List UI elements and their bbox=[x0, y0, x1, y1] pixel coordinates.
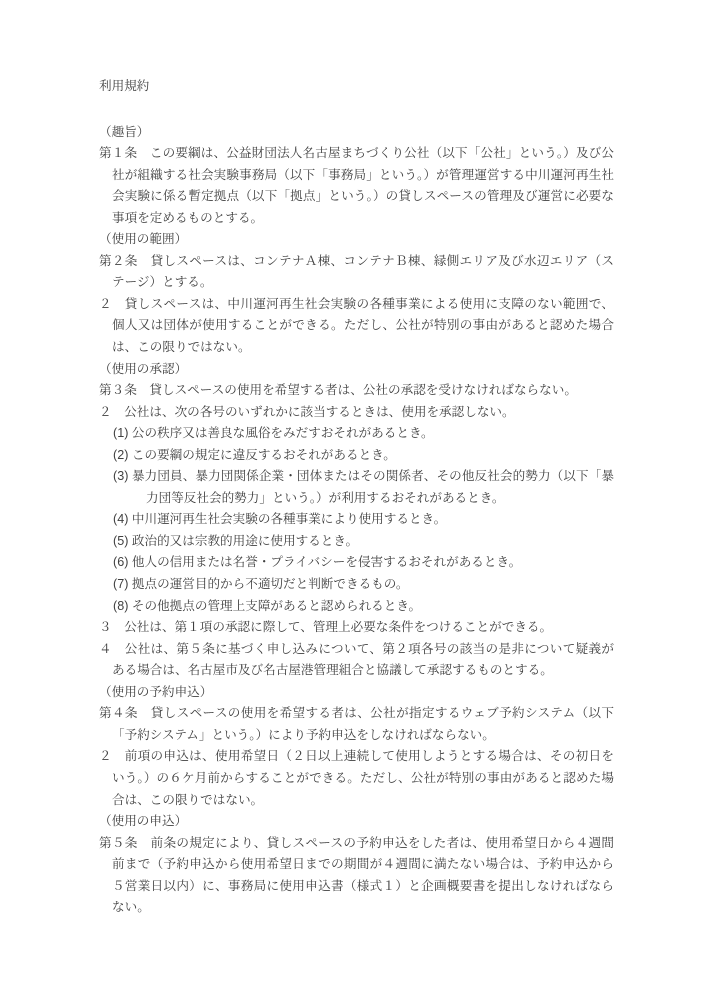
list-item: (7) 拠点の運営目的から不適切だと判断できるもの。 bbox=[99, 574, 614, 596]
section-heading: （使用の申込） bbox=[99, 811, 614, 833]
section-heading: （使用の承認） bbox=[99, 359, 614, 381]
article-paragraph: 第４条 貸しスペースの使用を希望する者は、公社が指定するウェブ予約システム（以下… bbox=[99, 703, 614, 746]
article-paragraph: 第５条 前条の規定により、貸しスペースの予約申込をした者は、使用希望日から４週間… bbox=[99, 833, 614, 919]
document-title: 利用規約 bbox=[99, 76, 614, 98]
document-body: （趣旨）第１条 この要綱は、公益財団法人名古屋まちづくり公社（以下「公社」という… bbox=[99, 122, 614, 919]
list-item: (8) その他拠点の管理上支障があると認められるとき。 bbox=[99, 596, 614, 618]
numbered-paragraph: ３ 公社は、第１項の承認に際して、管理上必要な条件をつけることができる。 bbox=[99, 617, 614, 639]
numbered-paragraph: ２ 貸しスペースは、中川運河再生社会実験の各種事業による使用に支障のない範囲で、… bbox=[99, 294, 614, 359]
numbered-paragraph: ４ 公社は、第５条に基づく申し込みについて、第２項各号の該当の是非について疑義が… bbox=[99, 639, 614, 682]
list-item: (2) この要綱の規定に違反するおそれがあるとき。 bbox=[99, 445, 614, 467]
section-heading: （使用の予約申込） bbox=[99, 682, 614, 704]
article-paragraph: 第３条 貸しスペースの使用を希望する者は、公社の承認を受けなければならない。 bbox=[99, 380, 614, 402]
list-item: (3) 暴力団員、暴力団関係企業・団体またはその関係者、その他反社会的勢力（以下… bbox=[99, 466, 614, 509]
article-paragraph: 第１条 この要綱は、公益財団法人名古屋まちづくり公社（以下「公社」という。）及び… bbox=[99, 143, 614, 229]
list-item: (4) 中川運河再生社会実験の各種事業により使用するとき。 bbox=[99, 509, 614, 531]
list-item: (5) 政治的又は宗教的用途に使用するとき。 bbox=[99, 531, 614, 553]
document-page: 利用規約 （趣旨）第１条 この要綱は、公益財団法人名古屋まちづくり公社（以下「公… bbox=[99, 76, 614, 919]
article-paragraph: 第２条 貸しスペースは、コンテナＡ棟、コンテナＢ棟、縁側エリア及び水辺エリア（ス… bbox=[99, 251, 614, 294]
section-heading: （趣旨） bbox=[99, 122, 614, 144]
numbered-paragraph: ２ 公社は、次の各号のいずれかに該当するときは、使用を承認しない。 bbox=[99, 402, 614, 424]
list-item: (6) 他人の信用または名誉・プライバシーを侵害するおそれがあるとき。 bbox=[99, 552, 614, 574]
numbered-paragraph: ２ 前項の申込は、使用希望日（２日以上連続して使用しようとする場合は、その初日を… bbox=[99, 746, 614, 811]
list-item: (1) 公の秩序又は善良な風俗をみだすおそれがあるとき。 bbox=[99, 423, 614, 445]
section-heading: （使用の範囲） bbox=[99, 229, 614, 251]
